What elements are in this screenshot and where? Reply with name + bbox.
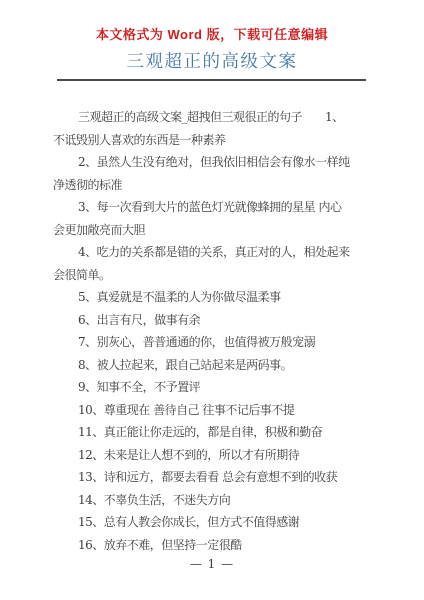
paragraph-line: 三观超正的高级文案_超拽但三观很正的句子 1、 xyxy=(53,106,374,129)
paragraph-line: 10、尊重现在 善待自己 往事不记后事不提 xyxy=(53,399,374,422)
paragraph-line: 2、虽然人生没有绝对，但我依旧相信会有像水一样纯 xyxy=(53,151,374,174)
title-divider xyxy=(57,79,366,81)
paragraph-line: 16、放弃不难，但坚持一定很酷 xyxy=(53,534,374,557)
document-title: 三观超正的高级文案 xyxy=(0,50,424,74)
paragraph-line: 7、别灰心，普普通通的你，也值得被万般宠溺 xyxy=(53,331,374,354)
format-notice: 本文格式为 Word 版，下载可任意编辑 xyxy=(0,27,424,43)
paragraph-line: 6、出言有尺，做事有余 xyxy=(53,309,374,332)
paragraph-line: 净透彻的标准 xyxy=(53,174,374,197)
paragraph-line: 12、未来是让人想不到的，所以才有所期待 xyxy=(53,444,374,467)
paragraph-line: 5、真爱就是不温柔的人为你做尽温柔事 xyxy=(53,286,374,309)
paragraph-line: 会很简单。 xyxy=(53,264,374,287)
paragraph-line: 13、诗和远方，都要去看看 总会有意想不到的收获 xyxy=(53,466,374,489)
paragraph-line: 14、不辜负生活，不迷失方向 xyxy=(53,489,374,512)
paragraph-line: 3、每一次看到大片的蓝色灯光就像蜂拥的星星 内心 xyxy=(53,196,374,219)
paragraph-line: 8、被人拉起来，跟自己站起来是两码事。 xyxy=(53,354,374,377)
paragraph-line: 11、真正能让你走远的，都是自律，积极和勤奋 xyxy=(53,421,374,444)
document-page: 本文格式为 Word 版，下载可任意编辑 三观超正的高级文案 三观超正的高级文案… xyxy=(0,0,424,600)
paragraph-line: 4、吃力的关系都是错的关系，真正对的人，相处起来 xyxy=(53,241,374,264)
page-number: — 1 — xyxy=(0,556,424,572)
paragraph-line: 会更加敞亮而大胆 xyxy=(53,219,374,242)
paragraph-line: 9、知事不全，不予置评 xyxy=(53,376,374,399)
document-body: 三观超正的高级文案_超拽但三观很正的句子 1、不诋毁别人喜欢的东西是一种素养2、… xyxy=(0,106,424,556)
paragraph-line: 不诋毁别人喜欢的东西是一种素养 xyxy=(53,129,374,152)
paragraph-line: 15、总有人教会你成长，但方式不值得感谢 xyxy=(53,511,374,534)
